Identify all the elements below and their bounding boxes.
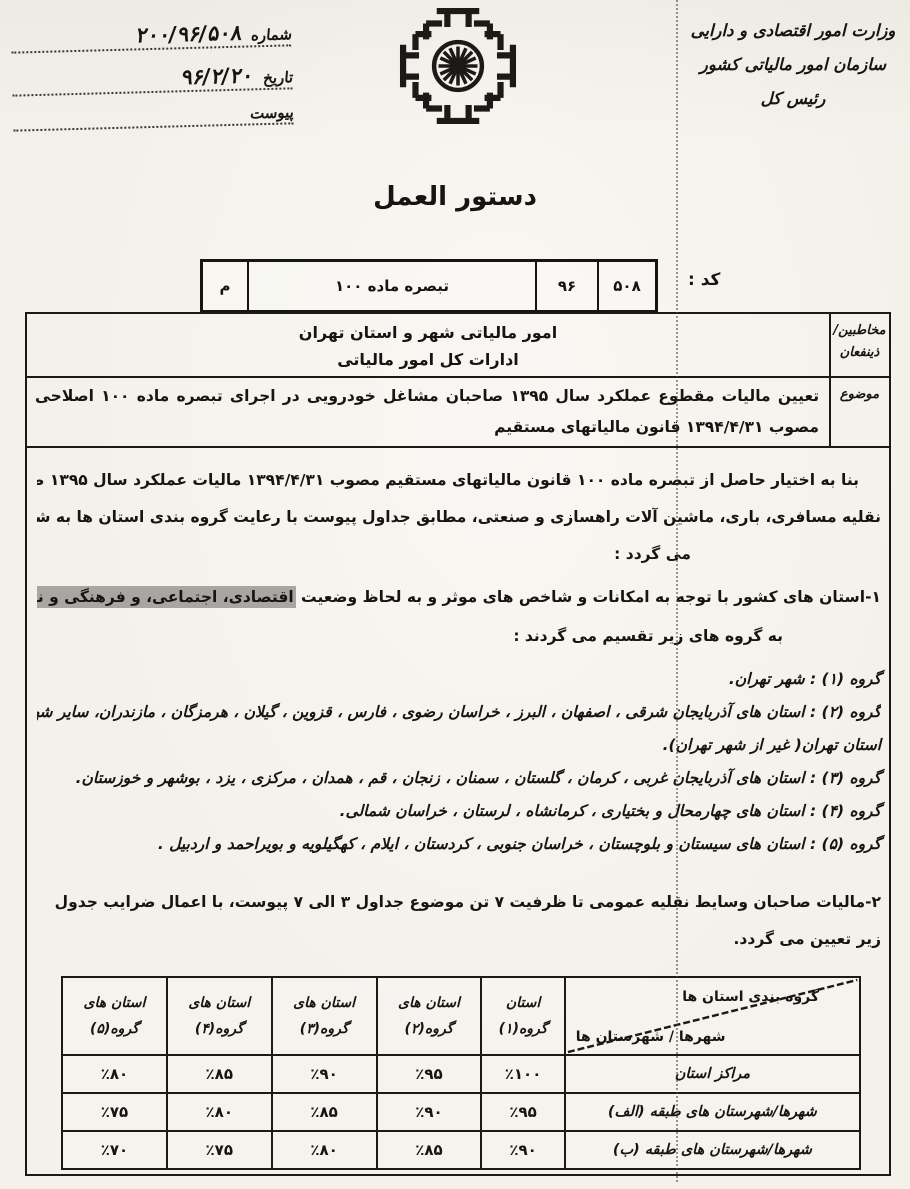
column-header-group-5: استان های گروه(۵) [62, 977, 167, 1055]
column-header-group-2: استان های گروه(۲) [377, 977, 482, 1055]
organization-name: سازمان امور مالیاتی کشور [682, 48, 904, 82]
code-cell-year: ۹۶ [535, 262, 597, 310]
subject-label: موضوع [829, 378, 889, 446]
cell-value: ٪۷۰ [101, 1141, 128, 1159]
corner-label-provinces: گروه بندی استان ها [682, 984, 819, 1010]
cell-value: ٪۹۵ [509, 1103, 536, 1121]
cell-value: ٪۱۰۰ [505, 1065, 542, 1083]
scanned-directive-document: شماره ۲۰۰/۹۶/۵۰۸ تاریخ ۹۶/۲/۲۰ پیوست [0, 0, 910, 1189]
column-header-group-5-line2: گروه(۵) [63, 1016, 166, 1042]
column-header-group-4-line1: استان های [168, 990, 271, 1016]
group-3: گروه (۳) : استان های آذربایجان غربی ، کر… [37, 762, 881, 795]
row-label: شهرها/شهرستان های طبقه (ب) [565, 1131, 860, 1169]
recipients-label-line2: ذینفعان [833, 342, 886, 364]
item-2-line: ۲-مالیات صاحبان وسایط نقلیه عمومی تا ظرف… [37, 884, 881, 958]
body-text: بنا به اختیار حاصل از تبصره ماده ۱۰۰ قان… [27, 448, 889, 958]
recipients-line1: امور مالیاتی شهر و استان تهران [27, 319, 829, 346]
item-1-highlighted-text: اقتصادی، اجتماعی، و فرهنگی و نیز شرایط ج… [37, 586, 296, 608]
reference-date-row: تاریخ ۹۶/۲/۲۰ [12, 55, 293, 96]
column-header-group-3-line1: استان های [273, 990, 376, 1016]
cell-value: ٪۷۵ [206, 1141, 233, 1159]
column-header-group-3: استان های گروه(۳) [272, 977, 377, 1055]
reference-block: شماره ۲۰۰/۹۶/۵۰۸ تاریخ ۹۶/۲/۲۰ پیوست [10, 12, 293, 140]
column-header-group-1-line2: گروه(۱) [482, 1016, 563, 1042]
recipients-content: امور مالیاتی شهر و استان تهران ادارات کل… [27, 314, 829, 376]
table-row-class-a-cities: شهرها/شهرستان های طبقه (الف) ٪۹۵ ٪۹۰ ٪۸۵… [62, 1093, 860, 1131]
subject-row: موضوع تعیین مالیات مقطوع عملکرد سال ۱۳۹۵… [27, 378, 889, 448]
code-label: کد : [688, 270, 720, 290]
item-1-tail: به گروه های زیر تقسیم می گردند : [37, 618, 783, 655]
subject-content: تعیین مالیات مقطوع عملکرد سال ۱۳۹۵ صاحبا… [27, 378, 829, 446]
number-value: ۲۰۰/۹۶/۵۰۸ [133, 21, 242, 48]
intro-tail: می گردد : [37, 536, 691, 573]
code-box: ۵۰۸ ۹۶ تبصره ماده ۱۰۰ م [200, 259, 658, 313]
letterhead: وزارت امور اقتصادی و دارایی سازمان امور … [682, 14, 904, 116]
cell-value: ٪۹۰ [509, 1141, 536, 1159]
group-5: گروه (۵) : استان های سیستان و بلوچستان ،… [37, 828, 881, 861]
item-1-line: ۱-استان های کشور با توجه به امکانات و شا… [37, 579, 881, 616]
recipients-line2: ادارات کل امور مالیاتی [27, 346, 829, 373]
column-header-group-1: استان گروه(۱) [481, 977, 564, 1055]
column-header-group-1-line1: استان [482, 990, 563, 1016]
cell-value: ٪۸۵ [310, 1103, 337, 1121]
group-4: گروه (۴) : استان های چهارمحال و بختیاری … [37, 795, 881, 828]
column-header-group-2-line2: گروه(۲) [378, 1016, 481, 1042]
head-title: رئیس کل [682, 82, 904, 116]
date-value: ۹۶/۲/۲۰ [179, 63, 254, 89]
cell-value: ٪۹۵ [415, 1065, 442, 1083]
reference-number-row: شماره ۲۰۰/۹۶/۵۰۸ [10, 12, 291, 53]
item-1-prefix: ۱-استان های کشور با توجه به امکانات و شا… [296, 588, 881, 606]
column-header-group-4-line2: گروه(۴) [168, 1016, 271, 1042]
column-header-group-4: استان های گروه(۴) [167, 977, 272, 1055]
coefficients-table: گروه بندی استان ها شهرها / شهرستان ها اس… [61, 976, 861, 1170]
cell-value: ٪۸۰ [310, 1141, 337, 1159]
code-cell-type: م [203, 262, 247, 310]
column-header-group-3-line2: گروه(۳) [273, 1016, 376, 1042]
recipients-row: مخاطبین/ ذینفعان امور مالیاتی شهر و استا… [27, 314, 889, 378]
corner-header-cell: گروه بندی استان ها شهرها / شهرستان ها [565, 977, 860, 1055]
attachment-label: پیوست [238, 103, 295, 122]
date-label: تاریخ [251, 68, 294, 87]
main-content-frame: مخاطبین/ ذینفعان امور مالیاتی شهر و استا… [25, 312, 891, 1176]
code-cell-note: تبصره ماده ۱۰۰ [247, 262, 535, 310]
coefficients-table-header: گروه بندی استان ها شهرها / شهرستان ها اس… [62, 977, 860, 1055]
column-header-group-5-line1: استان های [63, 990, 166, 1016]
cell-value: ٪۹۰ [310, 1065, 337, 1083]
province-groups-list: گروه (۱) : شهر تهران. گروه (۲) : استان ه… [37, 663, 881, 861]
cell-value: ٪۹۰ [415, 1103, 442, 1121]
table-row-province-centers: مراکز استان ٪۱۰۰ ٪۹۵ ٪۹۰ ٪۸۵ ٪۸۰ [62, 1055, 860, 1093]
group-2: گروه (۲) : استان های آذربایجان شرقی ، اص… [37, 696, 881, 729]
cell-value: ٪۸۰ [206, 1103, 233, 1121]
cell-value: ٪۸۵ [206, 1065, 233, 1083]
row-label: مراکز استان [565, 1055, 860, 1093]
tax-administration-emblem-icon [360, 4, 556, 130]
group-1: گروه (۱) : شهر تهران. [37, 663, 881, 696]
code-cell-number: ۵۰۸ [597, 262, 655, 310]
number-label: شماره [239, 25, 293, 44]
intro-line-2: نقلیه مسافری، باری، ماشین آلات راهسازی و… [37, 499, 881, 536]
corner-label-cities: شهرها / شهرستان ها [576, 1024, 726, 1050]
document-title: دستور العمل [0, 182, 910, 212]
column-header-group-2-line1: استان های [378, 990, 481, 1016]
intro-line-1: بنا به اختیار حاصل از تبصره ماده ۱۰۰ قان… [37, 462, 881, 499]
ministry-name: وزارت امور اقتصادی و دارایی [682, 14, 904, 48]
row-label: شهرها/شهرستان های طبقه (الف) [565, 1093, 860, 1131]
group-2-continued: استان تهران( غیر از شهر تهران). [37, 729, 881, 762]
table-row-class-b-cities: شهرها/شهرستان های طبقه (ب) ٪۹۰ ٪۸۵ ٪۸۰ ٪… [62, 1131, 860, 1169]
recipients-label: مخاطبین/ ذینفعان [829, 314, 889, 376]
recipients-label-line1: مخاطبین/ [833, 320, 886, 342]
cell-value: ٪۸۵ [415, 1141, 442, 1159]
cell-value: ٪۸۰ [101, 1065, 128, 1083]
cell-value: ٪۷۵ [101, 1103, 128, 1121]
reference-attachment-row: پیوست [13, 98, 294, 131]
